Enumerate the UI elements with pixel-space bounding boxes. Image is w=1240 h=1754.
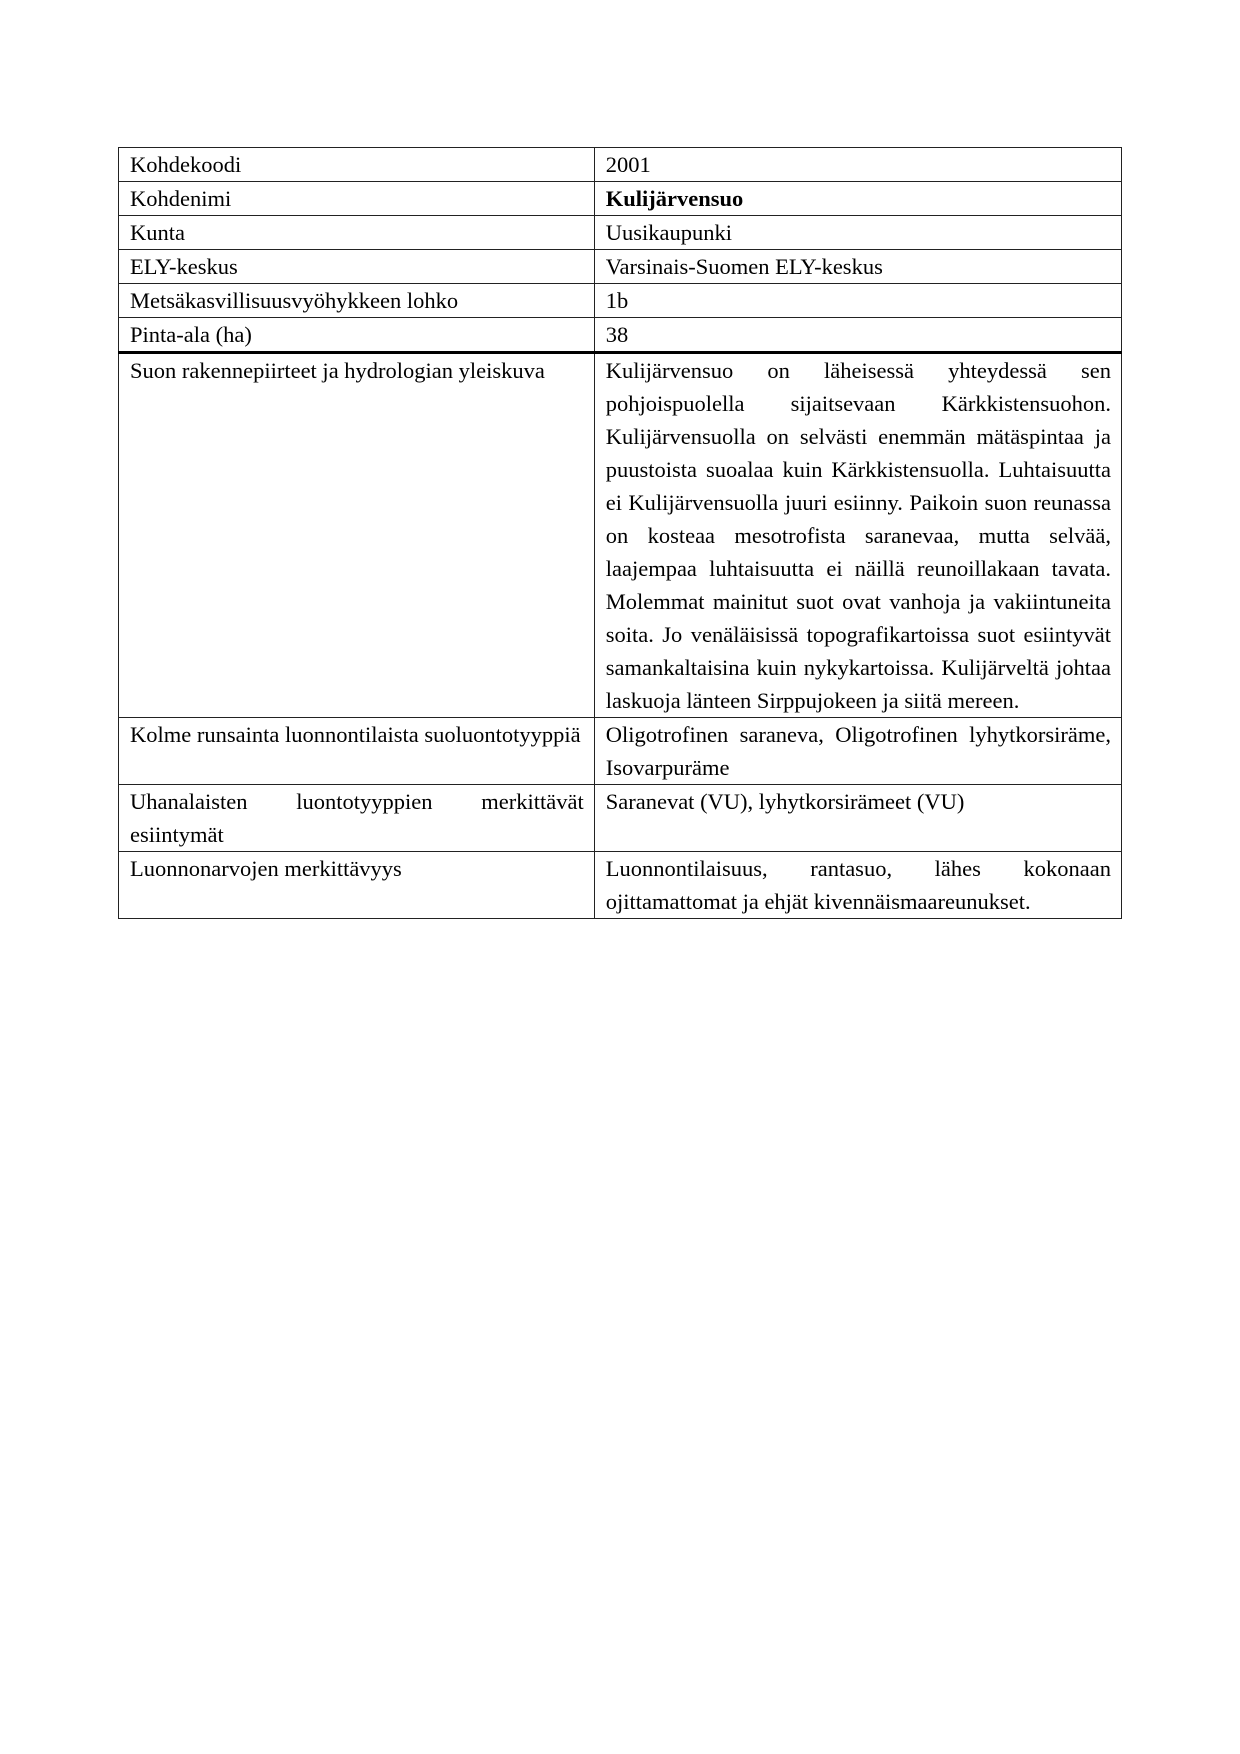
- document-page: Kohdekoodi 2001 Kohdenimi Kulijärvensuo …: [0, 0, 1240, 1754]
- row-label: Suon rakennepiirteet ja hydrologian ylei…: [119, 353, 595, 718]
- row-label: ELY-keskus: [119, 250, 595, 284]
- table-row-luontotyypit: Kolme runsainta luonnontilaista suoluont…: [119, 718, 1122, 785]
- row-label: Luonnonarvojen merkittävyys: [119, 852, 595, 919]
- row-label: Kunta: [119, 216, 595, 250]
- row-value: Kulijärvensuo on läheisessä yhteydessä s…: [594, 353, 1121, 718]
- site-name-value: Kulijärvensuo: [594, 182, 1121, 216]
- row-value: 38: [594, 318, 1121, 353]
- row-label: Kohdenimi: [119, 182, 595, 216]
- table-row-uhanalaiset: Uhanalaisten luontotyyppien merkittävät …: [119, 785, 1122, 852]
- row-label: Kohdekoodi: [119, 148, 595, 182]
- row-value: Luonnontilaisuus, rantasuo, lähes kokona…: [594, 852, 1121, 919]
- table-row-hydrologia: Suon rakennepiirteet ja hydrologian ylei…: [119, 353, 1122, 718]
- table-row-kohdenimi: Kohdenimi Kulijärvensuo: [119, 182, 1122, 216]
- table-row-kohdekoodi: Kohdekoodi 2001: [119, 148, 1122, 182]
- row-value: Saranevat (VU), lyhytkorsirämeet (VU): [594, 785, 1121, 852]
- row-value: Uusikaupunki: [594, 216, 1121, 250]
- row-label: Metsäkasvillisuusvyöhykkeen lohko: [119, 284, 595, 318]
- table-row-kunta: Kunta Uusikaupunki: [119, 216, 1122, 250]
- row-value: Varsinais-Suomen ELY-keskus: [594, 250, 1121, 284]
- row-value: 2001: [594, 148, 1121, 182]
- row-value: 1b: [594, 284, 1121, 318]
- table-row-ely-keskus: ELY-keskus Varsinais-Suomen ELY-keskus: [119, 250, 1122, 284]
- table-row-lohko: Metsäkasvillisuusvyöhykkeen lohko 1b: [119, 284, 1122, 318]
- table-row-merkittavyys: Luonnonarvojen merkittävyys Luonnontilai…: [119, 852, 1122, 919]
- table-row-pinta-ala: Pinta-ala (ha) 38: [119, 318, 1122, 353]
- site-info-table: Kohdekoodi 2001 Kohdenimi Kulijärvensuo …: [118, 147, 1122, 919]
- row-label: Pinta-ala (ha): [119, 318, 595, 353]
- row-value: Oligotrofinen saraneva, Oligotrofinen ly…: [594, 718, 1121, 785]
- row-label: Kolme runsainta luonnontilaista suoluont…: [119, 718, 595, 785]
- row-label: Uhanalaisten luontotyyppien merkittävät …: [119, 785, 595, 852]
